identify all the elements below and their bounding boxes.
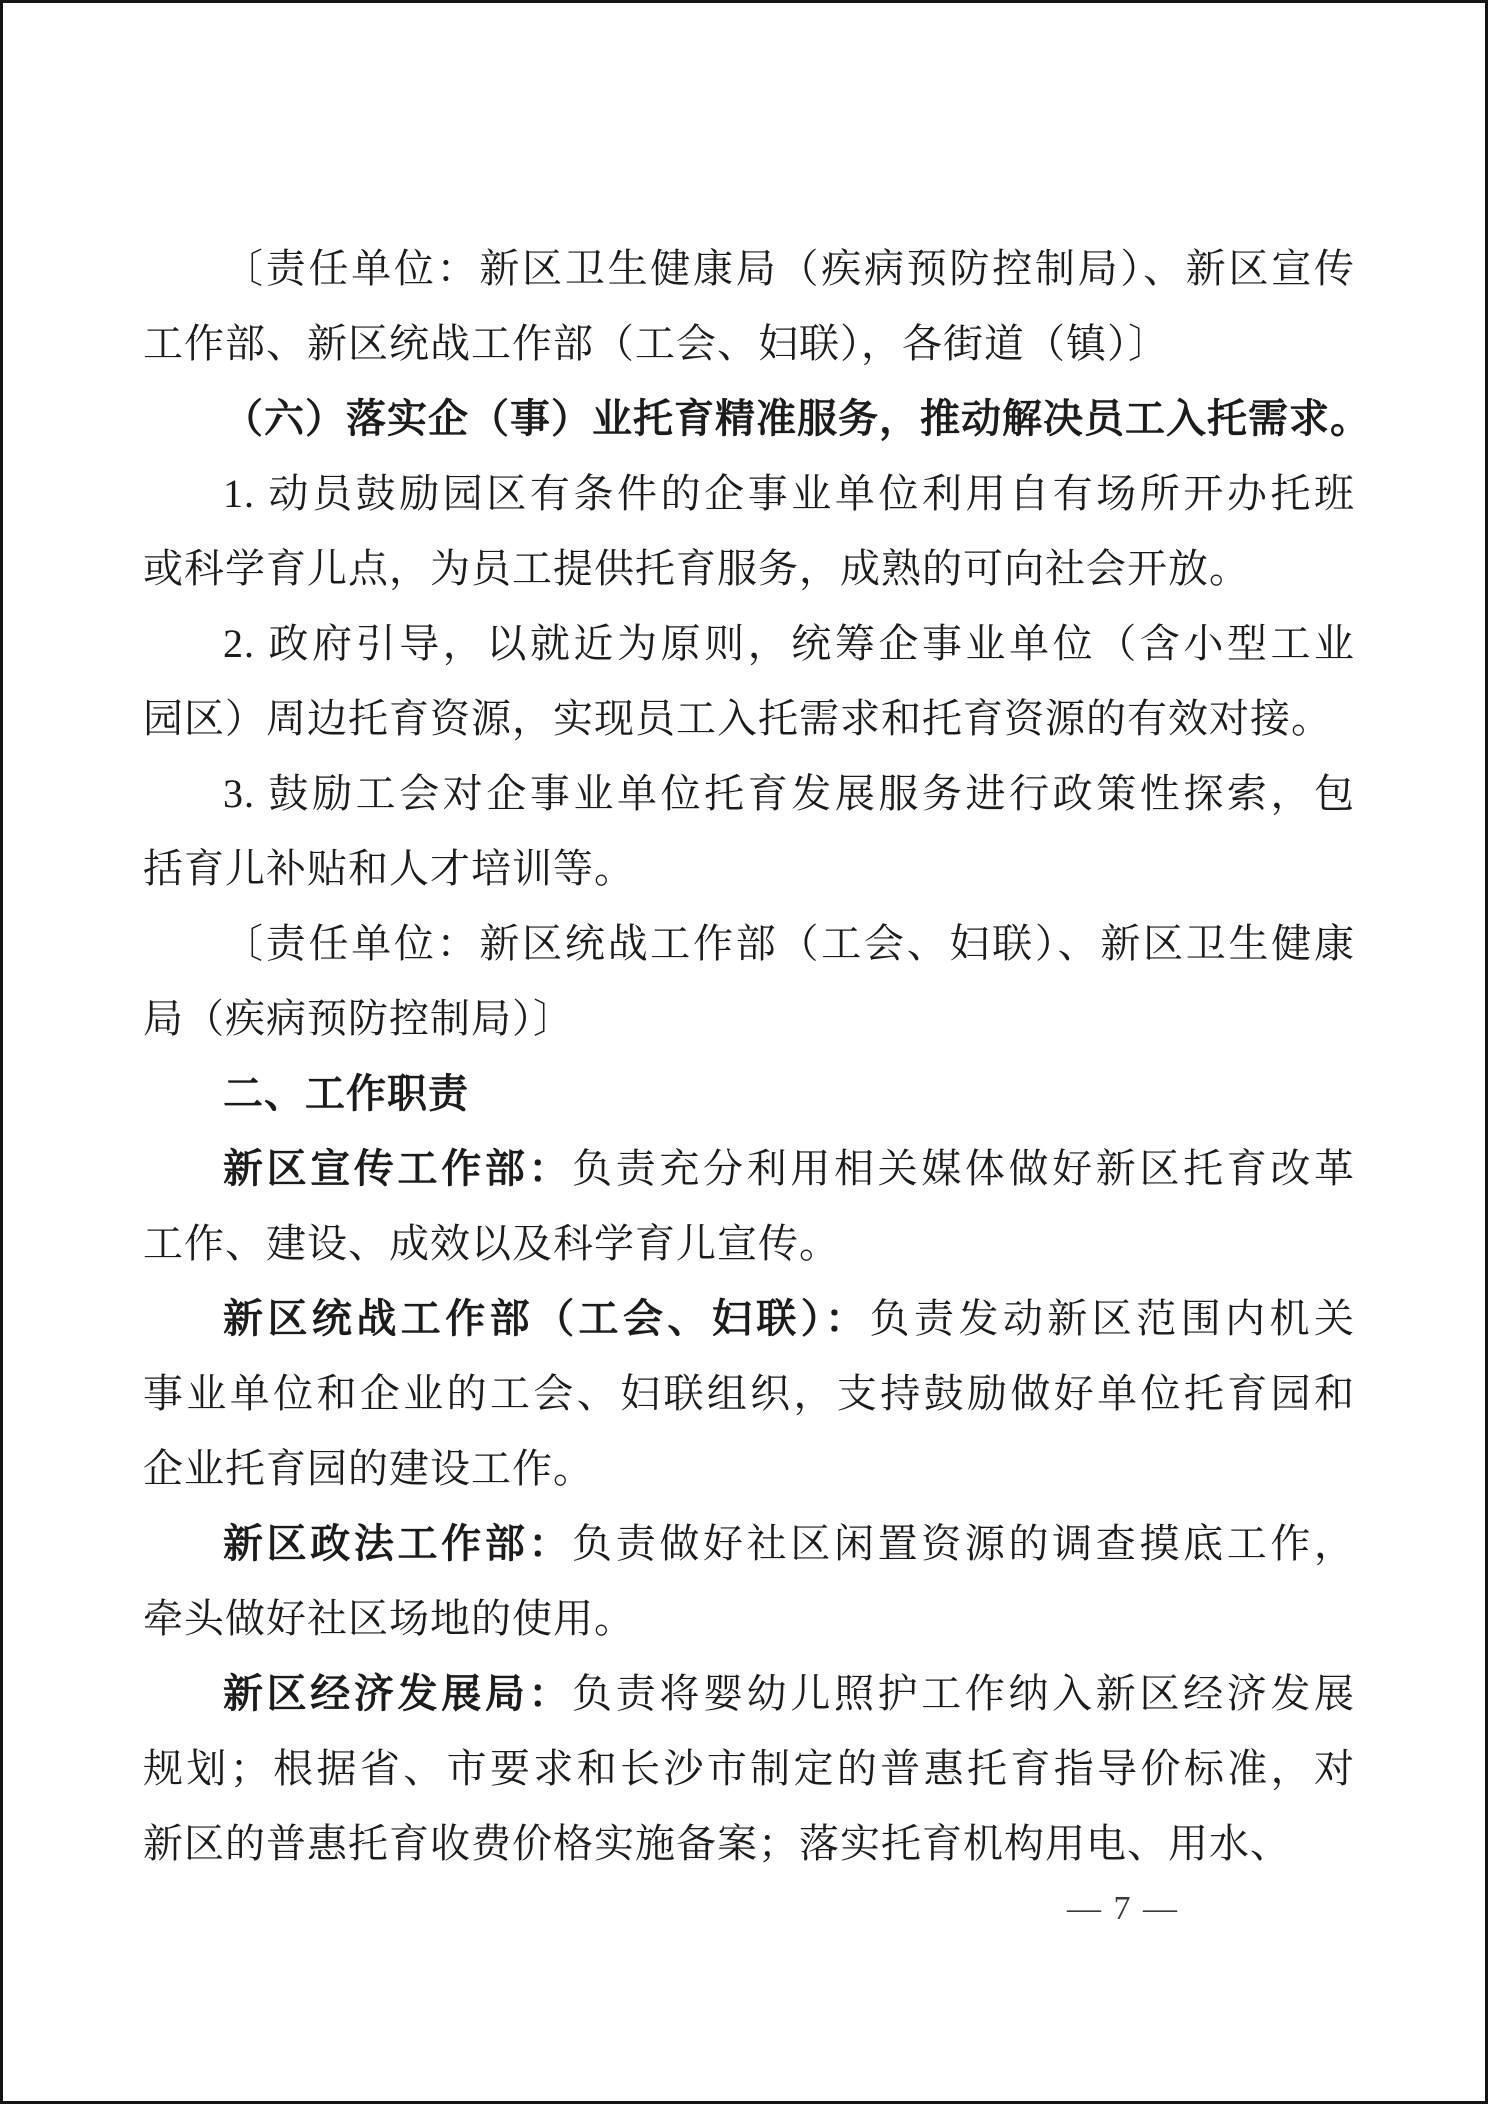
- responsibility-note-1: 〔责任单位：新区卫生健康局（疾病预防控制局）、新区宣传工作部、新区统战工作部（工…: [143, 231, 1355, 381]
- text-segment: 企业托育园的建设工作。: [143, 1446, 594, 1491]
- text-segment: 括育儿补贴和人才培训等。: [143, 846, 635, 891]
- text-line: 事业单位和企业的工会、妇联组织，支持鼓励做好单位托育园和: [143, 1356, 1355, 1431]
- text-segment: 或科学育儿点，为员工提供托育服务，成熟的可向社会开放。: [143, 546, 1250, 591]
- text-segment: 新区的普惠托育收费价格实施备案；落实托育机构用电、用水、: [143, 1821, 1291, 1866]
- text-segment: 〔责任单位：新区卫生健康局（疾病预防控制局）、新区宣传: [223, 246, 1355, 291]
- text-line: 新区政法工作部：负责做好社区闲置资源的调查摸底工作，: [143, 1506, 1355, 1581]
- text-line: 工作、建设、成效以及科学育儿宣传。: [143, 1206, 1355, 1281]
- bold-text-segment: 新区政法工作部：: [223, 1522, 572, 1566]
- text-line: 企业托育园的建设工作。: [143, 1431, 1355, 1506]
- text-line: 3. 鼓励工会对企事业单位托育发展服务进行政策性探索，包: [143, 756, 1355, 831]
- text-segment: 规划；根据省、市要求和长沙市制定的普惠托育指导价标准，对: [143, 1746, 1355, 1791]
- sub-item-3: 3. 鼓励工会对企事业单位托育发展服务进行政策性探索，包括育儿补贴和人才培训等。: [143, 756, 1355, 906]
- item-six-heading: （六）落实企（事）业托育精准服务，推动解决员工入托需求。: [143, 381, 1355, 456]
- text-line: 二、工作职责: [143, 1056, 1355, 1131]
- text-line: 2. 政府引导，以就近为原则，统筹企事业单位（含小型工业: [143, 606, 1355, 681]
- text-line: 规划；根据省、市要求和长沙市制定的普惠托育指导价标准，对: [143, 1731, 1355, 1806]
- bold-text-segment: 新区宣传工作部：: [223, 1147, 572, 1191]
- section-two-heading: 二、工作职责: [143, 1056, 1355, 1131]
- text-segment: 工作部、新区统战工作部（工会、妇联），各街道（镇）〕: [143, 321, 1169, 366]
- text-segment: 牵头做好社区场地的使用。: [143, 1596, 635, 1641]
- document-page: 〔责任单位：新区卫生健康局（疾病预防控制局）、新区宣传工作部、新区统战工作部（工…: [0, 0, 1488, 2104]
- text-line: 新区的普惠托育收费价格实施备案；落实托育机构用电、用水、: [143, 1806, 1355, 1881]
- text-segment: 3. 鼓励工会对企事业单位托育发展服务进行政策性探索，包: [223, 771, 1355, 816]
- duty-political-legal-dept: 新区政法工作部：负责做好社区闲置资源的调查摸底工作，牵头做好社区场地的使用。: [143, 1506, 1355, 1656]
- duty-united-front-dept: 新区统战工作部（工会、妇联）：负责发动新区范围内机关事业单位和企业的工会、妇联组…: [143, 1281, 1355, 1506]
- bold-text-segment: 二、工作职责: [223, 1072, 469, 1116]
- text-line: 局（疾病预防控制局）〕: [143, 981, 1355, 1056]
- text-line: 或科学育儿点，为员工提供托育服务，成熟的可向社会开放。: [143, 531, 1355, 606]
- text-segment: 局（疾病预防控制局）〕: [143, 996, 574, 1041]
- sub-item-1: 1. 动员鼓励园区有条件的企事业单位利用自有场所开办托班或科学育儿点，为员工提供…: [143, 456, 1355, 606]
- bold-text-segment: （六）落实企（事）业托育精准服务，推动解决员工入托需求。: [223, 397, 1371, 441]
- text-line: 〔责任单位：新区统战工作部（工会、妇联）、新区卫生健康: [143, 906, 1355, 981]
- text-line: 新区宣传工作部：负责充分利用相关媒体做好新区托育改革: [143, 1131, 1355, 1206]
- text-line: 〔责任单位：新区卫生健康局（疾病预防控制局）、新区宣传: [143, 231, 1355, 306]
- text-line: 括育儿补贴和人才培训等。: [143, 831, 1355, 906]
- text-line: 园区）周边托育资源，实现员工入托需求和托育资源的有效对接。: [143, 681, 1355, 756]
- text-line: 牵头做好社区场地的使用。: [143, 1581, 1355, 1656]
- text-line: 1. 动员鼓励园区有条件的企事业单位利用自有场所开办托班: [143, 456, 1355, 531]
- duty-economic-dev-bureau: 新区经济发展局：负责将婴幼儿照护工作纳入新区经济发展规划；根据省、市要求和长沙市…: [143, 1656, 1355, 1881]
- text-line: 新区统战工作部（工会、妇联）：负责发动新区范围内机关: [143, 1281, 1355, 1356]
- text-segment: 负责发动新区范围内机关: [870, 1296, 1355, 1341]
- text-line: （六）落实企（事）业托育精准服务，推动解决员工入托需求。: [143, 381, 1355, 456]
- text-line: 新区经济发展局：负责将婴幼儿照护工作纳入新区经济发展: [143, 1656, 1355, 1731]
- text-segment: 〔责任单位：新区统战工作部（工会、妇联）、新区卫生健康: [223, 921, 1355, 966]
- text-segment: 1. 动员鼓励园区有条件的企事业单位利用自有场所开办托班: [223, 471, 1355, 516]
- page-number: — 7 —: [1067, 1889, 1179, 1929]
- bold-text-segment: 新区经济发展局：: [223, 1672, 572, 1716]
- sub-item-2: 2. 政府引导，以就近为原则，统筹企事业单位（含小型工业园区）周边托育资源，实现…: [143, 606, 1355, 756]
- text-segment: 2. 政府引导，以就近为原则，统筹企事业单位（含小型工业: [223, 621, 1355, 666]
- document-body: 〔责任单位：新区卫生健康局（疾病预防控制局）、新区宣传工作部、新区统战工作部（工…: [143, 231, 1355, 1881]
- bold-text-segment: 新区统战工作部（工会、妇联）：: [223, 1297, 870, 1341]
- text-segment: 负责将婴幼儿照护工作纳入新区经济发展: [572, 1671, 1355, 1716]
- text-segment: 工作、建设、成效以及科学育儿宣传。: [143, 1221, 840, 1266]
- duty-propaganda-dept: 新区宣传工作部：负责充分利用相关媒体做好新区托育改革工作、建设、成效以及科学育儿…: [143, 1131, 1355, 1281]
- text-line: 工作部、新区统战工作部（工会、妇联），各街道（镇）〕: [143, 306, 1355, 381]
- text-segment: 园区）周边托育资源，实现员工入托需求和托育资源的有效对接。: [143, 696, 1332, 741]
- responsibility-note-2: 〔责任单位：新区统战工作部（工会、妇联）、新区卫生健康局（疾病预防控制局）〕: [143, 906, 1355, 1056]
- text-segment: 事业单位和企业的工会、妇联组织，支持鼓励做好单位托育园和: [143, 1371, 1355, 1416]
- text-segment: 负责充分利用相关媒体做好新区托育改革: [572, 1146, 1355, 1191]
- text-segment: 负责做好社区闲置资源的调查摸底工作，: [572, 1521, 1355, 1566]
